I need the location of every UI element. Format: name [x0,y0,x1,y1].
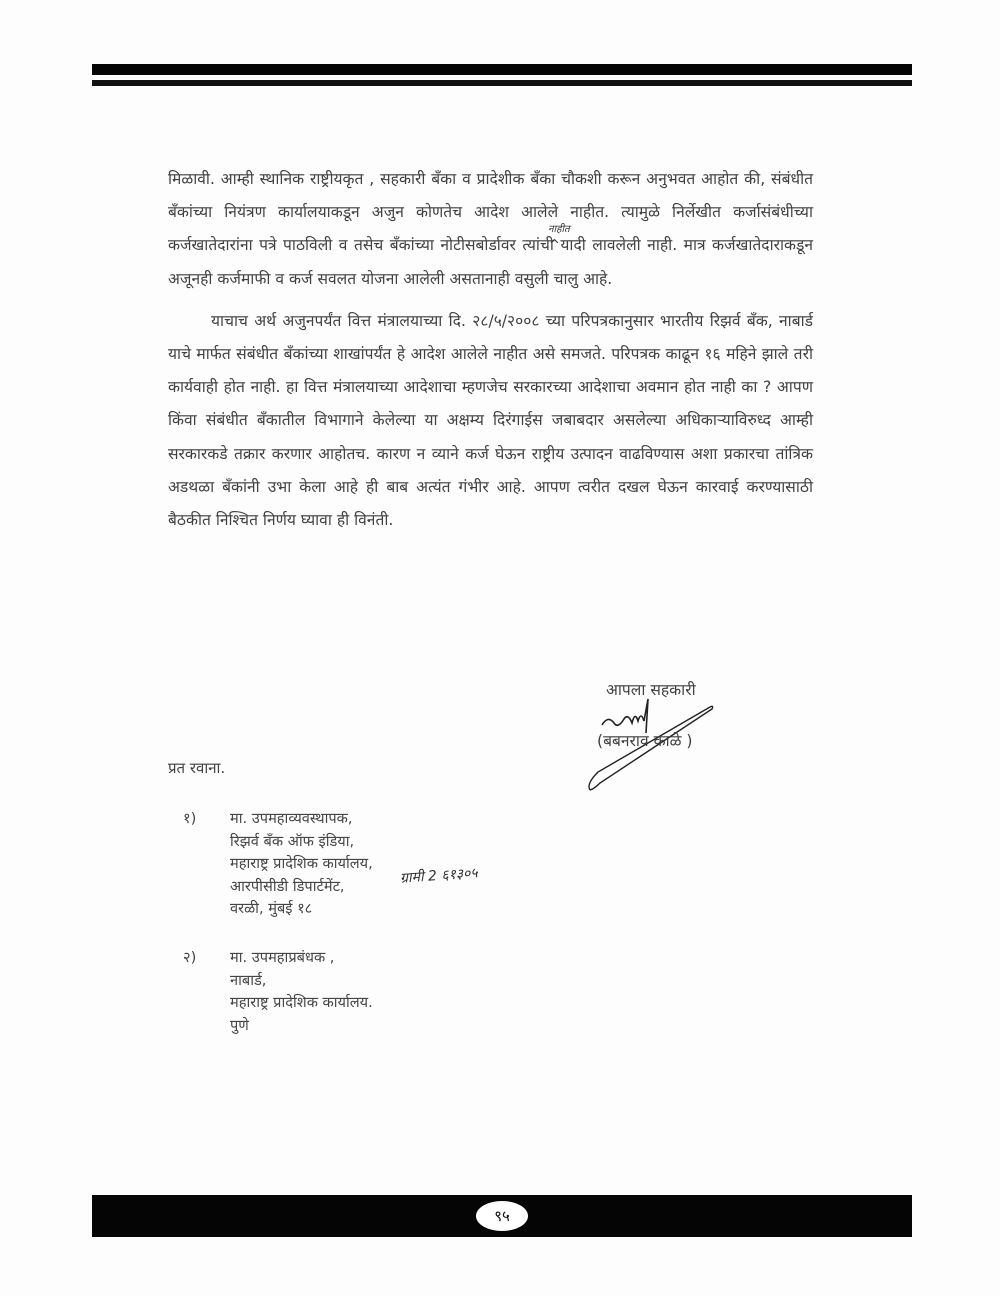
handwritten-insertion: नाहीत [548,221,570,235]
copy-to-heading: प्रत रवाना. [168,758,225,778]
recipient-2: २) मा. उपमहाप्रबंधक , नाबार्ड, महाराष्ट्… [183,947,373,1037]
recipient-1: १) मा. उपमहाव्यवस्थापक, रिझर्व बँक ऑफ इं… [183,808,373,921]
paragraph-1: मिळावी. आम्ही स्थानिक राष्ट्रीयकृत , सहक… [168,163,813,296]
letter-body: मिळावी. आम्ही स्थानिक राष्ट्रीयकृत , सहक… [168,163,813,537]
paragraph-2: याचाच अर्थ अजुनपर्यंत वित्त मंत्रालयाच्य… [168,305,813,537]
address-line: नाबार्ड, [230,970,373,993]
recipient-number: २) [183,947,213,970]
address-line: महाराष्ट्र प्रादेशिक कार्यालय. [230,992,373,1015]
address-line: मा. उपमहाप्रबंधक , [230,947,373,970]
recipient-number: १) [183,808,213,831]
header-rule-thick [92,64,912,75]
address-line: महाराष्ट्र प्रादेशिक कार्यालय, [230,853,373,876]
caret-mark-icon: ^ [549,238,560,253]
signatory-name: (बबनराव काळे ) [597,729,693,751]
page-number: ९५ [476,1201,528,1231]
address-line: आरपीसीडी डिपार्टमेंट, [230,876,373,899]
header-rule-thin [92,80,912,86]
address-line: पुणे [230,1015,373,1038]
handwritten-note: ग्रामी 2 ६१३०५ [399,863,478,887]
address-line: वरळी, मुंबई १८ [230,898,373,921]
address-line: मा. उपमहाव्यवस्थापक, [230,808,373,831]
address-line: रिझर्व बँक ऑफ इंडिया, [230,831,373,854]
